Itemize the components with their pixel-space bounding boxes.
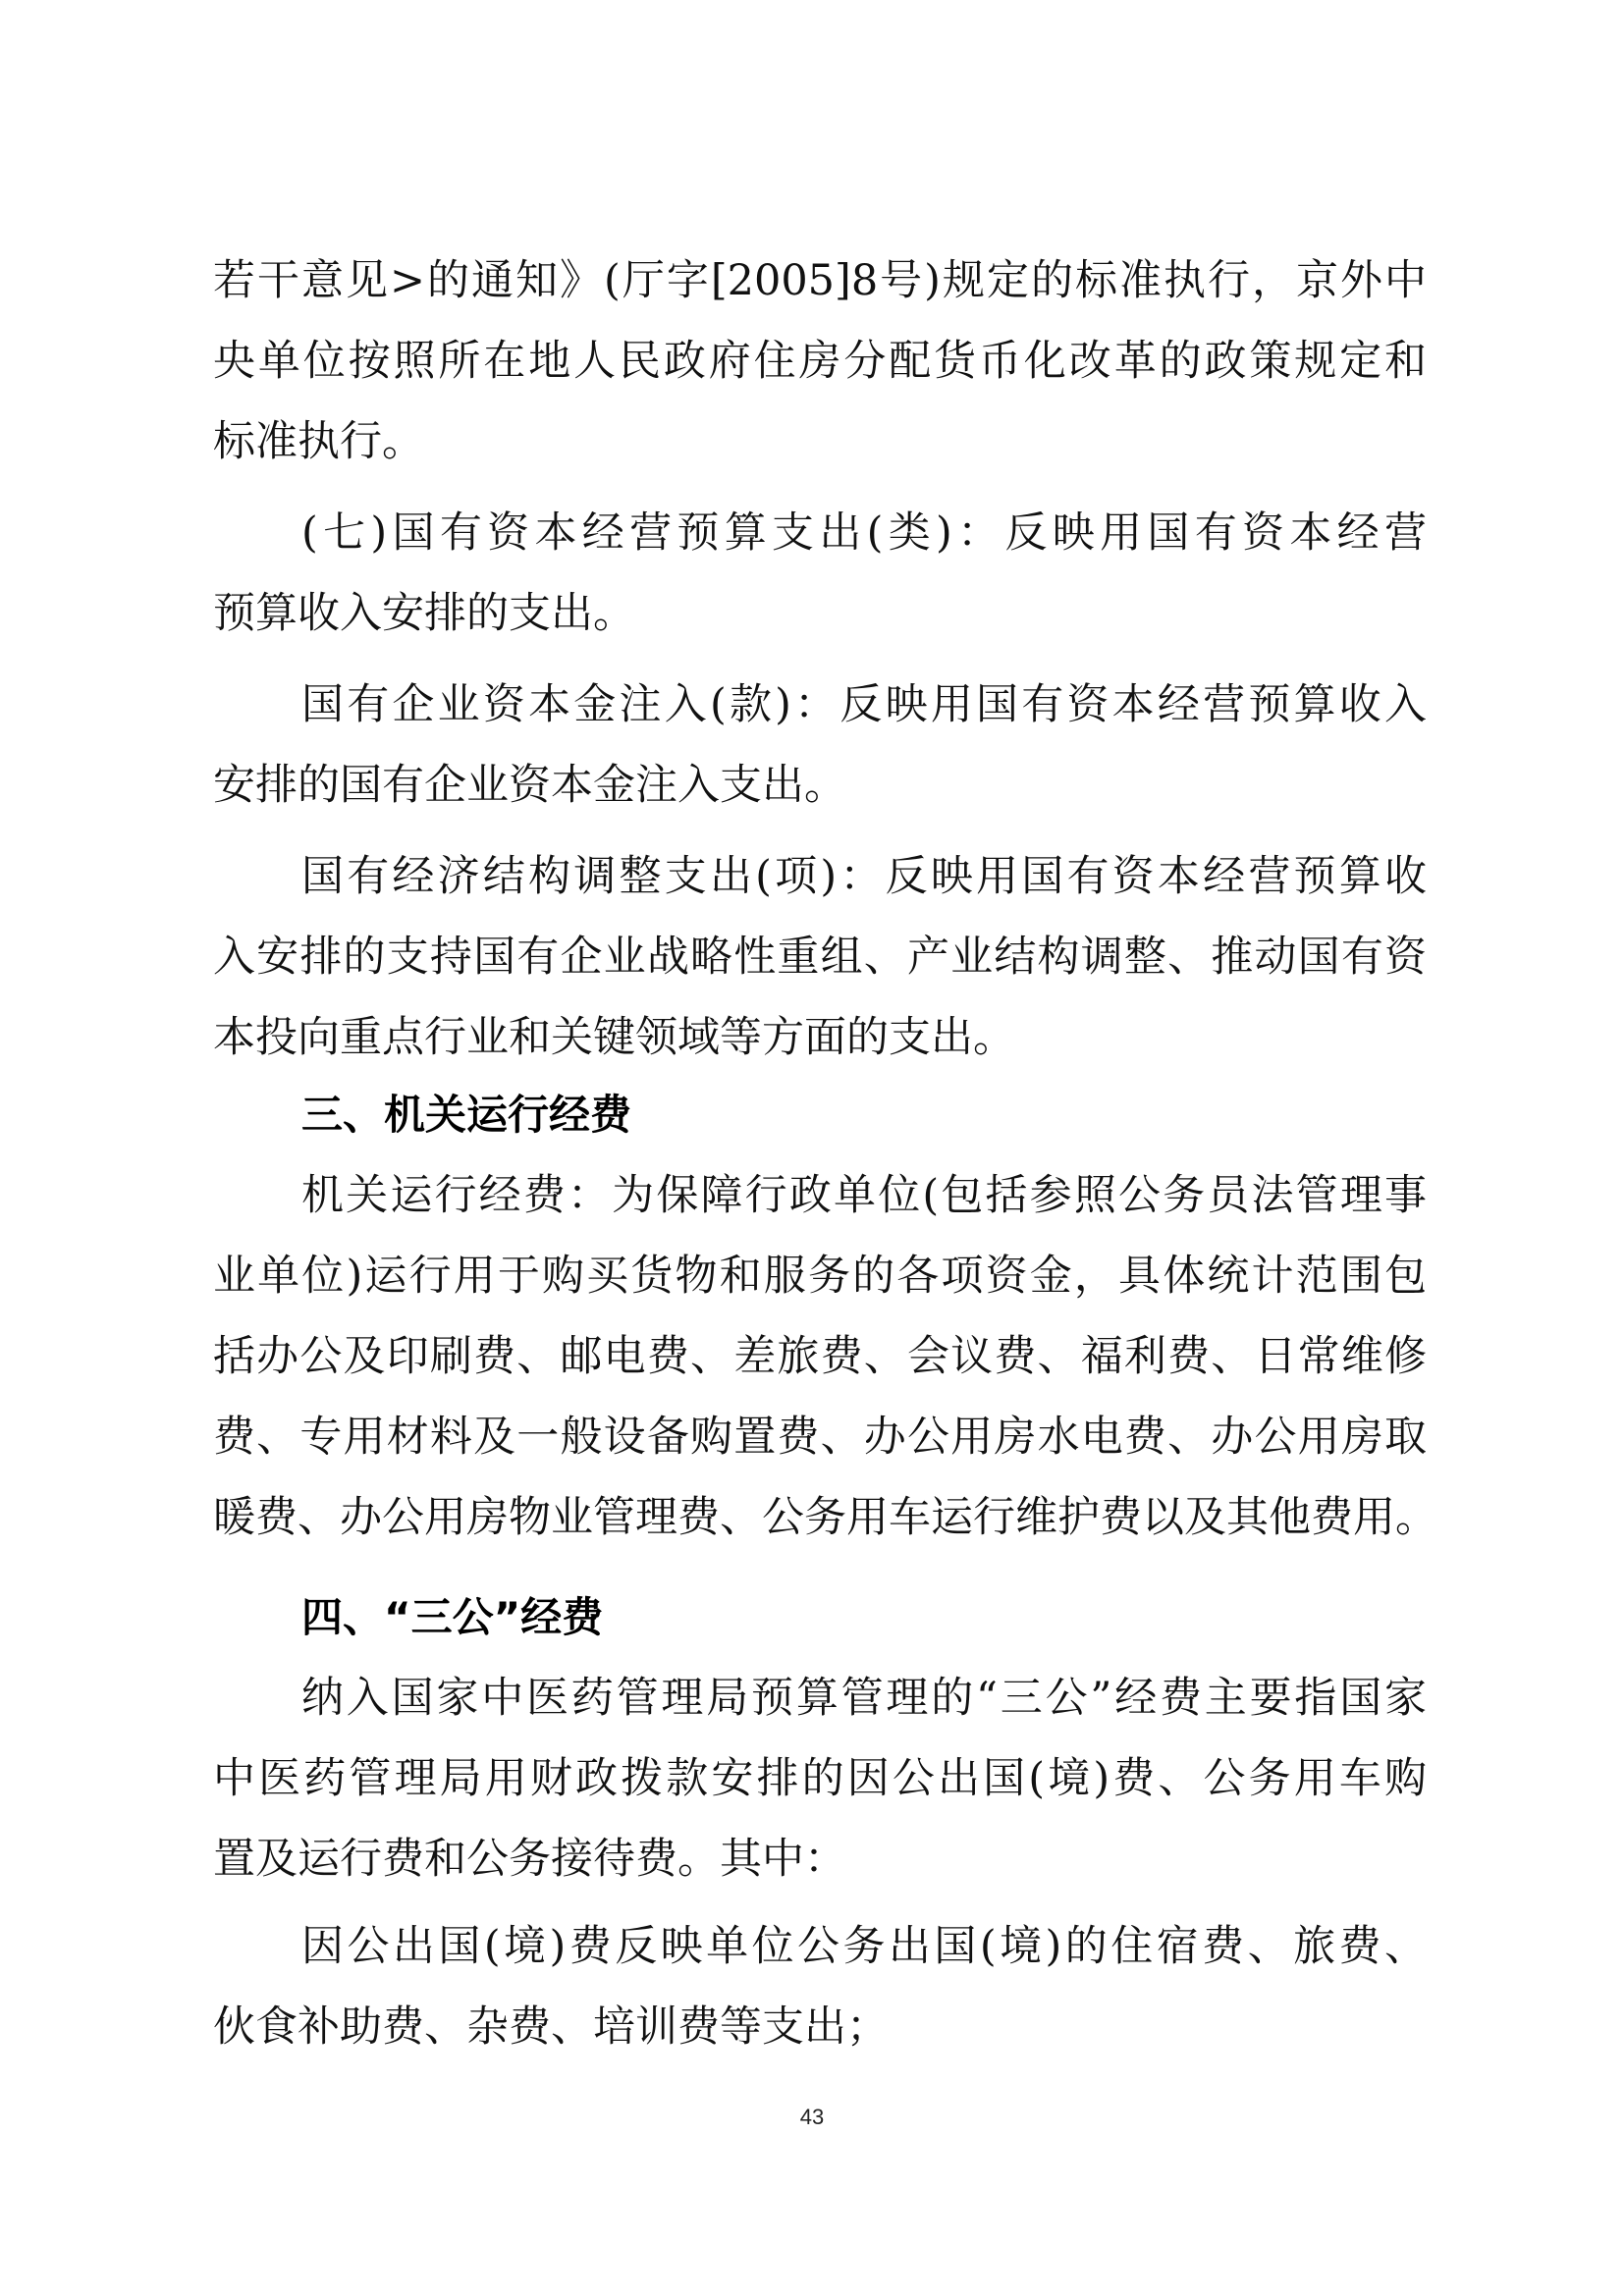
body-line: 安排的国有企业资本金注入支出。 bbox=[213, 758, 1427, 813]
body-line: 本投向重点行业和关键领域等方面的支出。 bbox=[213, 1010, 1427, 1065]
body-line: 置及运行费和公务接待费。其中： bbox=[213, 1832, 1427, 1887]
body-line: 费、专用材料及一般设备购置费、办公用房水电费、办公用房取 bbox=[213, 1410, 1427, 1465]
body-line: 预算收入安排的支出。 bbox=[213, 586, 1427, 641]
body-line: 暖费、办公用房物业管理费、公务用车运行维护费以及其他费用。 bbox=[213, 1490, 1427, 1545]
section-heading-three-public-expenses: 四、“三公”经费 bbox=[301, 1590, 603, 1645]
body-line-indented: 国有企业资本金注入(款)：反映用国有资本经营预算收入 bbox=[301, 677, 1427, 732]
section-heading-operating-expenses: 三、机关运行经费 bbox=[301, 1088, 631, 1143]
page-number: 43 bbox=[0, 2105, 1624, 2130]
body-line: 入安排的支持国有企业战略性重组、产业结构调整、推动国有资 bbox=[213, 930, 1427, 985]
body-line: 业单位)运行用于购买货物和服务的各项资金，具体统计范围包 bbox=[213, 1249, 1427, 1304]
body-line-indented: (七)国有资本经营预算支出(类)：反映用国有资本经营 bbox=[301, 506, 1427, 561]
body-line: 央单位按照所在地人民政府住房分配货币化改革的政策规定和 bbox=[213, 334, 1427, 389]
body-line: 括办公及印刷费、邮电费、差旅费、会议费、福利费、日常维修 bbox=[213, 1329, 1427, 1384]
body-line: 伙食补助费、杂费、培训费等支出； bbox=[213, 2000, 1427, 2055]
document-page: 若干意见>的通知》(厅字[2005]8号)规定的标准执行，京外中 央单位按照所在… bbox=[0, 0, 1624, 2296]
body-line-indented: 国有经济结构调整支出(项)：反映用国有资本经营预算收 bbox=[301, 849, 1427, 904]
body-line-indented: 纳入国家中医药管理局预算管理的“三公”经费主要指国家 bbox=[301, 1671, 1427, 1726]
body-line-indented: 因公出国(境)费反映单位公务出国(境)的住宿费、旅费、 bbox=[301, 1919, 1427, 1974]
body-line: 中医药管理局用财政拨款安排的因公出国(境)费、公务用车购 bbox=[213, 1751, 1427, 1806]
body-line-indented: 机关运行经费：为保障行政单位(包括参照公务员法管理事 bbox=[301, 1168, 1427, 1223]
body-line: 标准执行。 bbox=[213, 414, 1427, 469]
body-line: 若干意见>的通知》(厅字[2005]8号)规定的标准执行，京外中 bbox=[213, 253, 1427, 308]
